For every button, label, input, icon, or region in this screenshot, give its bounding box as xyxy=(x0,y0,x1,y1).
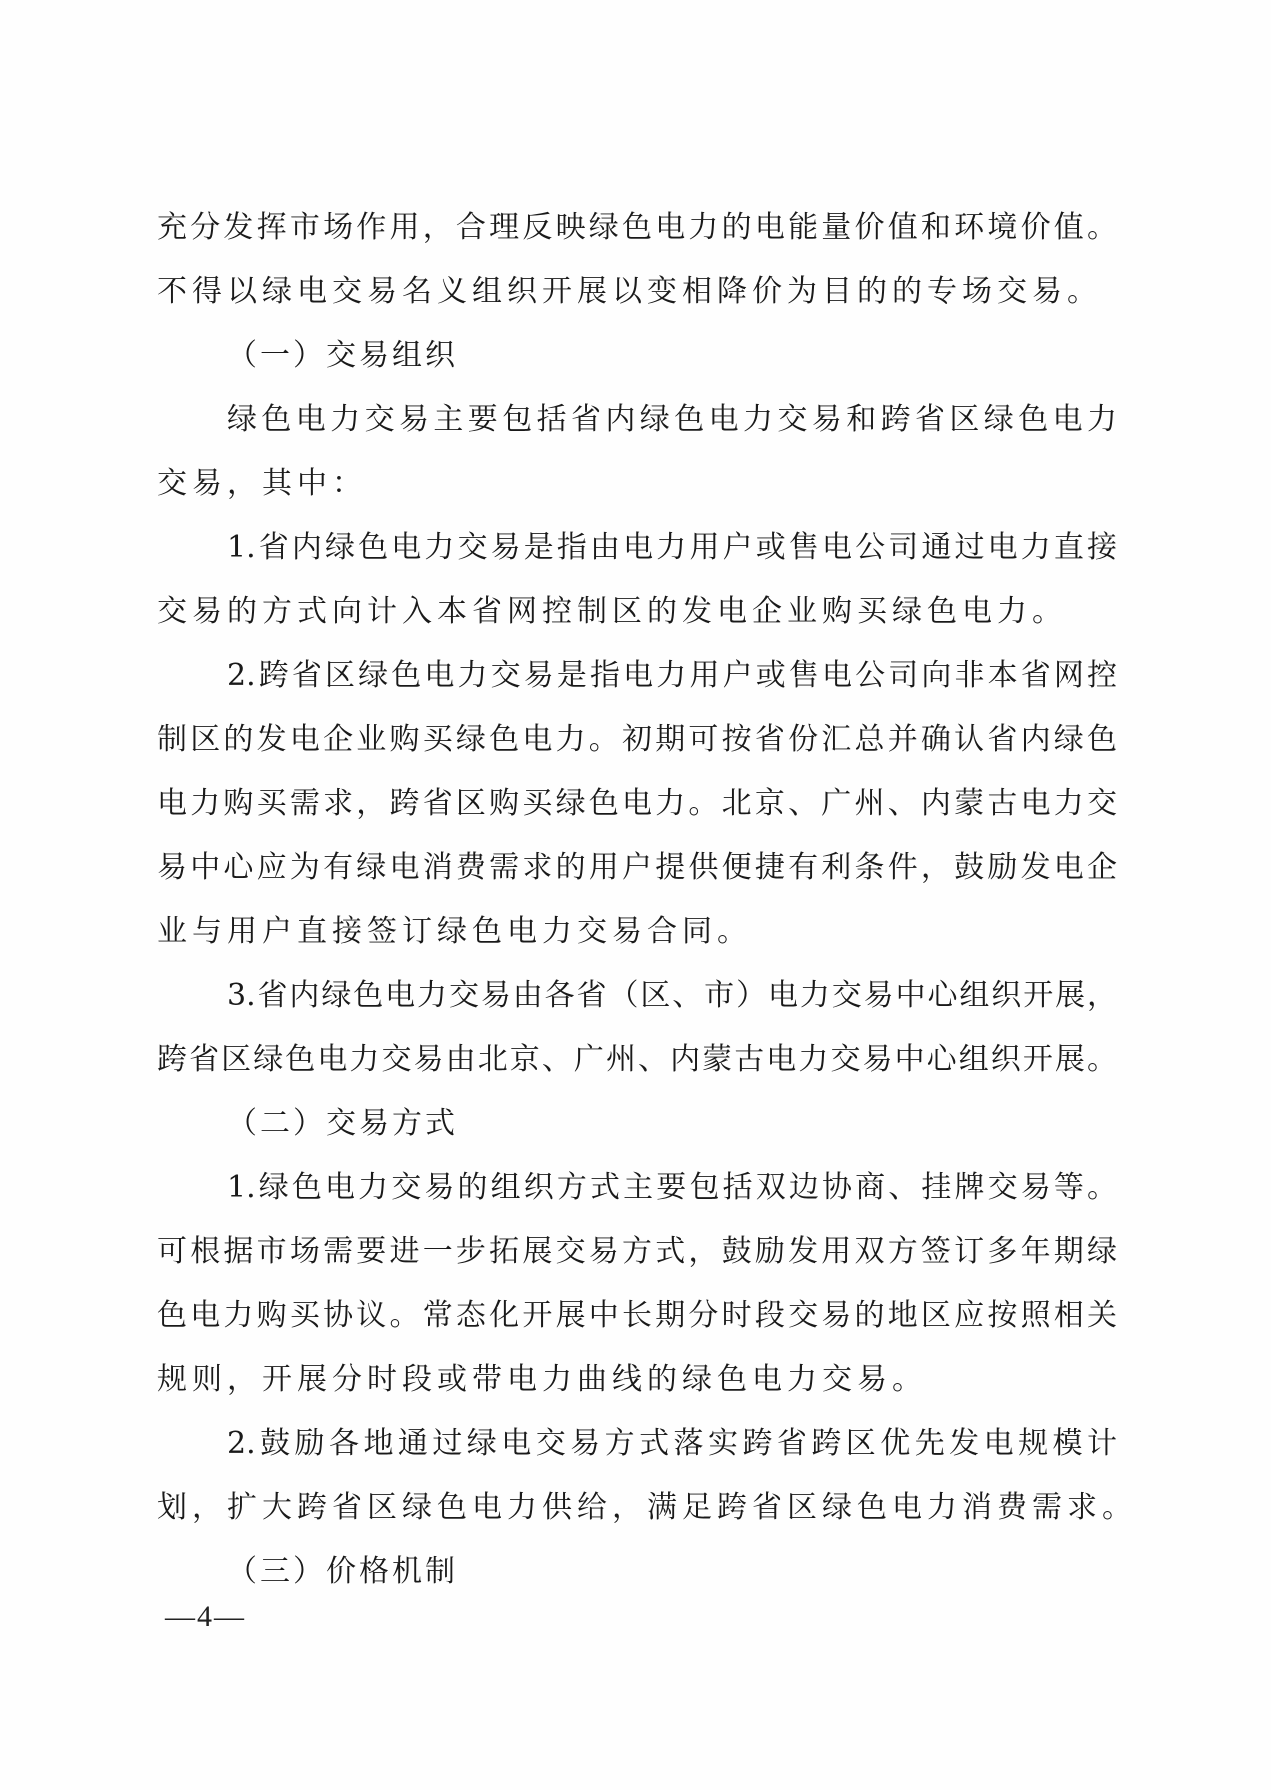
paragraph-line: 充分发挥市场作用，合理反映绿色电力的电能量价值和环境价值。 xyxy=(157,208,1117,248)
paragraph-line: 绿色电力交易主要包括省内绿色电力交易和跨省区绿色电力 xyxy=(157,400,1117,440)
paragraph-line: 电力购买需求，跨省区购买绿色电力。北京、广州、内蒙古电力交 xyxy=(157,784,1117,824)
section-heading: （一）交易组织 xyxy=(227,336,1187,376)
paragraph-line: 规则，开展分时段或带电力曲线的绿色电力交易。 xyxy=(157,1360,1117,1400)
paragraph-line: 2.鼓励各地通过绿电交易方式落实跨省跨区优先发电规模计 xyxy=(157,1424,1117,1464)
paragraph-line: 跨省区绿色电力交易由北京、广州、内蒙古电力交易中心组织开展。 xyxy=(157,1040,1117,1080)
section-heading: （三）价格机制 xyxy=(227,1552,1187,1592)
paragraph-line: 易中心应为有绿电消费需求的用户提供便捷有利条件，鼓励发电企 xyxy=(157,848,1117,888)
paragraph-line: 2.跨省区绿色电力交易是指电力用户或售电公司向非本省网控 xyxy=(157,656,1117,696)
paragraph-line: 业与用户直接签订绿色电力交易合同。 xyxy=(157,912,1117,952)
page-number: —4— xyxy=(165,1597,246,1637)
paragraph-line: 制区的发电企业购买绿色电力。初期可按省份汇总并确认省内绿色 xyxy=(157,720,1117,760)
paragraph-line: 1.绿色电力交易的组织方式主要包括双边协商、挂牌交易等。 xyxy=(157,1168,1117,1208)
section-heading: （二）交易方式 xyxy=(227,1104,1187,1144)
paragraph-line: 色电力购买协议。常态化开展中长期分时段交易的地区应按照相关 xyxy=(157,1296,1117,1336)
paragraph-line: 划，扩大跨省区绿色电力供给，满足跨省区绿色电力消费需求。 xyxy=(157,1488,1117,1528)
paragraph-line: 可根据市场需要进一步拓展交易方式，鼓励发用双方签订多年期绿 xyxy=(157,1232,1117,1272)
paragraph-line: 交易，其中： xyxy=(157,464,1117,504)
paragraph-line: 交易的方式向计入本省网控制区的发电企业购买绿色电力。 xyxy=(157,592,1117,632)
paragraph-line: 不得以绿电交易名义组织开展以变相降价为目的的专场交易。 xyxy=(157,272,1117,312)
paragraph-line: 3.省内绿色电力交易由各省（区、市）电力交易中心组织开展， xyxy=(157,976,1117,1016)
document-page: 充分发挥市场作用，合理反映绿色电力的电能量价值和环境价值。 不得以绿电交易名义组… xyxy=(0,0,1271,1790)
paragraph-line: 1.省内绿色电力交易是指由电力用户或售电公司通过电力直接 xyxy=(157,528,1117,568)
